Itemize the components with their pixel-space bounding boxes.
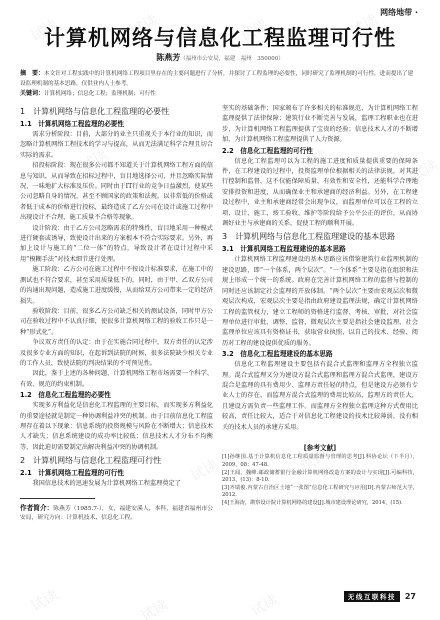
- paragraph: 争议双方责任的认定：由于在实施合同过程中，双方责任的认定涉及很多专业方面的知识，…: [20, 338, 213, 369]
- keywords-label: 关键词：: [20, 90, 44, 97]
- footnote-divider: [20, 498, 95, 499]
- byline: 陈燕芳（福州市公安局，福建 福州 350000）: [0, 52, 440, 63]
- keywords-text: 计算机网络；信息化工程；监理机制；可行性: [44, 91, 156, 97]
- paragraph: 招投标阶段：现在很多公司都不知道关于计算机网络工程方面的信息与知识，从而导致在招…: [20, 161, 213, 223]
- reference-item: [4]王海涛，勘察设计院计算机网络的建设[J].城市建设理论研究，2014，(1…: [222, 500, 418, 508]
- abstract-label: 摘 要：: [20, 70, 44, 77]
- left-column: 1 计算机网络与信息化工程监理的必要性 1.1 计算机网络工程监理的必要性 需求…: [20, 104, 213, 524]
- subsection-heading-2-2: 2.2 信息化工程监理的可行性: [222, 146, 418, 157]
- keywords: 关键词：计算机网络；信息化工程；监理机制；可行性: [20, 88, 418, 97]
- subsection-heading-2-1: 2.1 计算机网络工程监理的可行性: [20, 468, 213, 479]
- subsection-heading-3-2: 3.2 信息化工程监理建设的基本思路: [222, 349, 418, 360]
- author-affiliation: （福州市公安局，福建 福州 350000）: [180, 56, 284, 62]
- section-heading-3: 3 计算机网络与信息化工程监理建设的基本思路: [222, 230, 418, 243]
- journal-page: 网络地带 · 计算机网络与信息化工程监理可行性 陈燕芳（福州市公安局，福建 福州…: [0, 0, 440, 620]
- paragraph: 因此，鉴于上述的各种问题，计算机网络工程市场需要一个科学、有效、规范的约束机制。: [20, 369, 213, 390]
- author-bio: 作者简介：陈燕芳（1985.7-），女，福建安溪人，本科，福建省福州市公安局，研…: [20, 504, 213, 524]
- paragraph: 设计阶段：由于乙方公司忽略需求的特殊性，盲目地采用一种模式进行硬套或诱导，致使设…: [20, 224, 213, 266]
- paragraph: 计算机网络工程监理建设的基本思路应该借鉴建筑行业监理机制的建设思路，即“一个体系…: [222, 255, 418, 349]
- paragraph: 实现多方利益化是信息化工程监理的主要目标，而实现多方利益化的重要途径就是制定一种…: [20, 401, 213, 453]
- section-heading-1: 1 计算机网络与信息化工程监理的必要性: [20, 105, 213, 118]
- paragraph: 施工阶段：乙方公司在施工过程中不按设计标准要求，在施工中的测试也不符合要求，甚至…: [20, 265, 213, 307]
- reference-item: [2]王闻，魏峰.邮政储蓄银行金融计算机网络改造方案的设计与实现[J].可编科技…: [222, 470, 418, 485]
- paragraph: 我国信息技术的迅速发展为计算机网络工程监理奠定了: [20, 479, 213, 489]
- author-bio-label: 作者简介：: [20, 504, 53, 512]
- reference-item: [3]齐瑞俊.内蒙古自治区土地“一张图”信息化工程研究与应用[D].内蒙古师范大…: [222, 485, 418, 500]
- reference-item: [1]孙继国.基于计算机信息化工程质量监督与管理的思考[J].科协论坛（下半月）…: [222, 454, 418, 469]
- paragraph: 信息化工程监理建设主要包括有混合式监理和监理方全程独立监理。混合式监理又分为建设…: [222, 360, 418, 433]
- page-number: 27: [405, 592, 416, 601]
- page-footer: 无线互联科技 27: [344, 591, 416, 602]
- running-head: 网络地带 ·: [380, 7, 418, 18]
- subsection-heading-1-1: 1.1 计算机网络工程监理的必要性: [20, 119, 213, 130]
- paragraph: 信息化工程监理可以为工程的施工进度和质量提供重要的保障条件，在工程建设的过程中，…: [222, 157, 418, 230]
- section-heading-2: 2 计算机网络与信息化工程监理可行性: [20, 454, 213, 467]
- right-column: 坚实的基础条件；国家颁布了许多相关的标准规范，为计算机网络工程监理提供了法律保障…: [222, 104, 418, 508]
- author-name: 陈燕芳: [156, 53, 180, 62]
- paragraph: 验收阶段：目前，很多乙方公司缺乏相关的测试设备，同时甲方公司在验收过程中不认真仔…: [20, 307, 213, 338]
- paragraph: 坚实的基础条件；国家颁布了许多相关的标准规范，为计算机网络工程监理提供了法律保障…: [222, 104, 418, 146]
- abstract: 摘 要：本文针对工程实践中的计算机网络工程项目里存在的主要问题进行了分析，并探讨…: [20, 69, 418, 89]
- paragraph: 需求分析阶段：目前，大部分的业主只重视关于本行业的知识，而忽略计算机网络工程技术…: [20, 130, 213, 161]
- references-title: [参考文献]: [222, 443, 418, 453]
- subsection-heading-3-1: 3.1 计算机网络工程监理建设的基本思路: [222, 244, 418, 255]
- abstract-text: 本文针对工程实践中的计算机网络工程项目里存在的主要问题进行了分析，并探讨了工程监…: [20, 71, 413, 87]
- article-title: 计算机网络与信息化工程监理可行性: [0, 22, 440, 52]
- subsection-heading-1-2: 1.2 信息化工程监理的必要性: [20, 390, 213, 401]
- journal-name-badge: 无线互联科技: [344, 591, 400, 602]
